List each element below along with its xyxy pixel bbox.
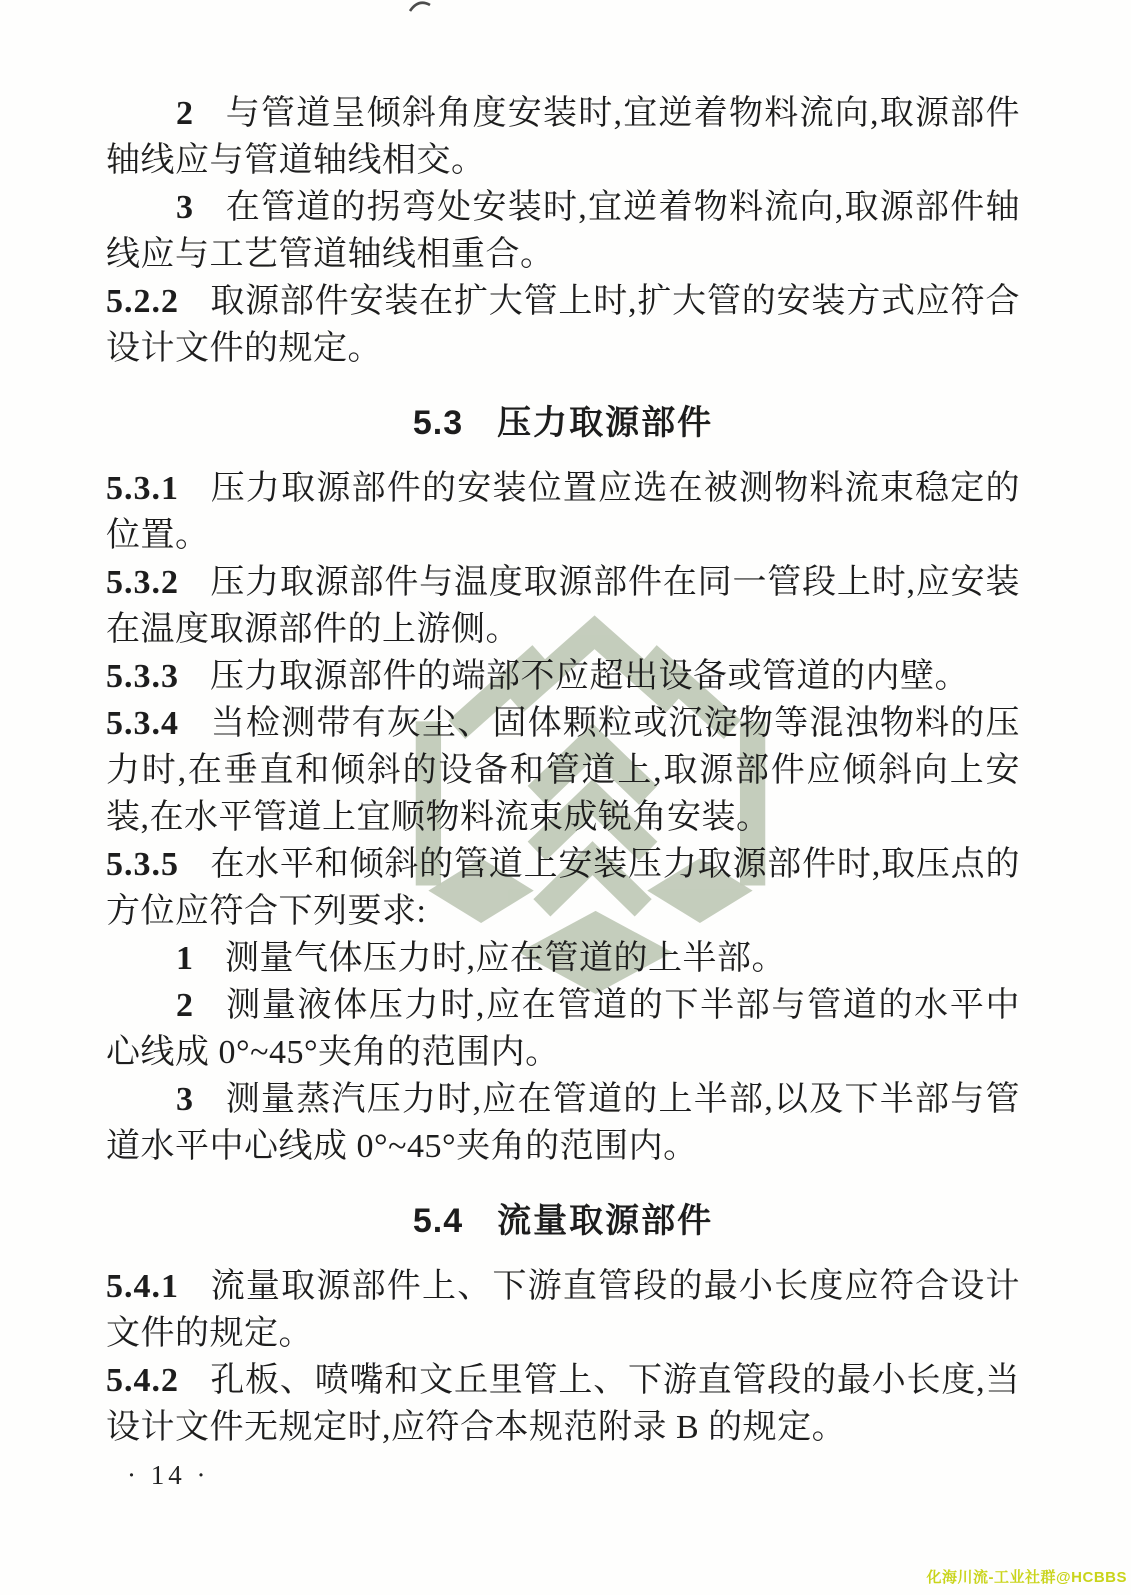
item-text: 压力取源部件与温度取源部件在同一管段上时,应安装在温度取源部件的上游侧。 (106, 564, 1020, 648)
item-number: 5.3.2 (106, 564, 179, 601)
section-heading: 5.3压力取源部件 (106, 400, 1020, 447)
item-number: 5.3 (413, 404, 463, 442)
item-text: 压力取源部件的端部不应超出设备或管道的内壁。 (210, 658, 969, 695)
clause-paragraph: 5.4.2孔板、喷嘴和文丘里管上、下游直管段的最小长度,当设计文件无规定时,应符… (106, 1357, 1020, 1451)
clause-paragraph: 5.3.1压力取源部件的安装位置应选在被测物料流束稳定的位置。 (106, 465, 1020, 559)
section-heading: 5.4流量取源部件 (106, 1198, 1020, 1245)
clause-paragraph: 5.3.3压力取源部件的端部不应超出设备或管道的内壁。 (106, 653, 1020, 700)
item-text: 流量取源部件 (497, 1202, 713, 1240)
clause-paragraph: 5.3.5在水平和倾斜的管道上安装压力取源部件时,取压点的方位应符合下列要求: (106, 841, 1020, 935)
item-number: 5.4.1 (106, 1268, 179, 1305)
clause-paragraph: 5.3.2压力取源部件与温度取源部件在同一管段上时,应安装在温度取源部件的上游侧… (106, 559, 1020, 653)
list-item-paragraph: 2测量液体压力时,应在管道的下半部与管道的水平中心线成 0°~45°夹角的范围内… (106, 982, 1020, 1076)
item-number: 5.2.2 (106, 283, 179, 320)
item-text: 测量蒸汽压力时,应在管道的上半部,以及下半部与管道水平中心线成 0°~45°夹角… (106, 1081, 1020, 1165)
page-number: · 14 · (127, 1460, 209, 1491)
item-text: 测量气体压力时,应在管道的上半部。 (225, 940, 786, 977)
clause-paragraph: 5.2.2取源部件安装在扩大管上时,扩大管的安装方式应符合设计文件的规定。 (106, 278, 1020, 372)
document-page: 2与管道呈倾斜角度安装时,宜逆着物料流向,取源部件轴线应与管道轴线相交。3在管道… (0, 0, 1131, 1595)
item-number: 5.3.5 (106, 846, 179, 883)
scan-artifact-mark (408, 0, 432, 13)
item-text: 孔板、喷嘴和文丘里管上、下游直管段的最小长度,当设计文件无规定时,应符合本规范附… (106, 1362, 1020, 1446)
list-item-paragraph: 2与管道呈倾斜角度安装时,宜逆着物料流向,取源部件轴线应与管道轴线相交。 (106, 90, 1020, 184)
item-text: 在水平和倾斜的管道上安装压力取源部件时,取压点的方位应符合下列要求: (106, 846, 1020, 930)
item-number: 3 (176, 189, 194, 226)
page-content: 2与管道呈倾斜角度安装时,宜逆着物料流向,取源部件轴线应与管道轴线相交。3在管道… (106, 90, 1020, 1451)
item-text: 压力取源部件 (497, 404, 713, 442)
list-item-paragraph: 3测量蒸汽压力时,应在管道的上半部,以及下半部与管道水平中心线成 0°~45°夹… (106, 1076, 1020, 1170)
item-text: 压力取源部件的安装位置应选在被测物料流束稳定的位置。 (106, 470, 1020, 554)
item-number: 5.4 (413, 1202, 463, 1240)
watermark-text: 化海川流-工业社群@HCBBS (927, 1566, 1127, 1587)
item-text: 当检测带有灰尘、固体颗粒或沉淀物等混浊物料的压力时,在垂直和倾斜的设备和管道上,… (106, 705, 1020, 836)
item-number: 5.3.4 (106, 705, 179, 742)
item-number: 5.3.1 (106, 470, 179, 507)
item-number: 2 (176, 987, 194, 1024)
item-number: 5.3.3 (106, 658, 179, 695)
item-number: 1 (176, 940, 194, 977)
item-text: 流量取源部件上、下游直管段的最小长度应符合设计文件的规定。 (106, 1268, 1020, 1352)
item-text: 测量液体压力时,应在管道的下半部与管道的水平中心线成 0°~45°夹角的范围内。 (106, 987, 1020, 1071)
item-text: 在管道的拐弯处安装时,宜逆着物料流向,取源部件轴线应与工艺管道轴线相重合。 (106, 189, 1020, 273)
clause-paragraph: 5.4.1流量取源部件上、下游直管段的最小长度应符合设计文件的规定。 (106, 1263, 1020, 1357)
list-item-paragraph: 3在管道的拐弯处安装时,宜逆着物料流向,取源部件轴线应与工艺管道轴线相重合。 (106, 184, 1020, 278)
item-number: 2 (176, 95, 194, 132)
item-number: 3 (176, 1081, 194, 1118)
item-text: 与管道呈倾斜角度安装时,宜逆着物料流向,取源部件轴线应与管道轴线相交。 (106, 95, 1020, 179)
list-item-paragraph: 1测量气体压力时,应在管道的上半部。 (106, 935, 1020, 982)
clause-paragraph: 5.3.4当检测带有灰尘、固体颗粒或沉淀物等混浊物料的压力时,在垂直和倾斜的设备… (106, 700, 1020, 841)
item-text: 取源部件安装在扩大管上时,扩大管的安装方式应符合设计文件的规定。 (106, 283, 1020, 367)
item-number: 5.4.2 (106, 1362, 179, 1399)
